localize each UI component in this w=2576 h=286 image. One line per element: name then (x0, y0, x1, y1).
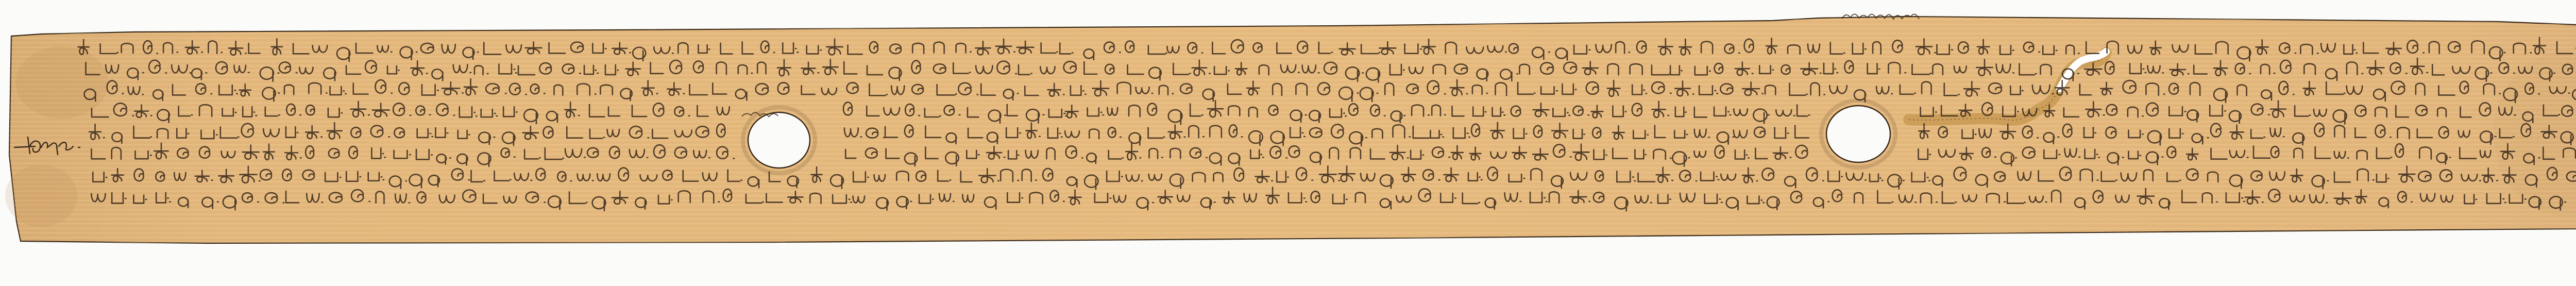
string-hole-left (748, 112, 810, 168)
string-hole-right (1826, 106, 1890, 162)
palm-leaf (0, 0, 2576, 286)
leaf-fibre-texture (9, 16, 2576, 243)
palm-leaf-shape (0, 0, 2576, 286)
manuscript-photograph: 171 (0, 0, 2576, 286)
